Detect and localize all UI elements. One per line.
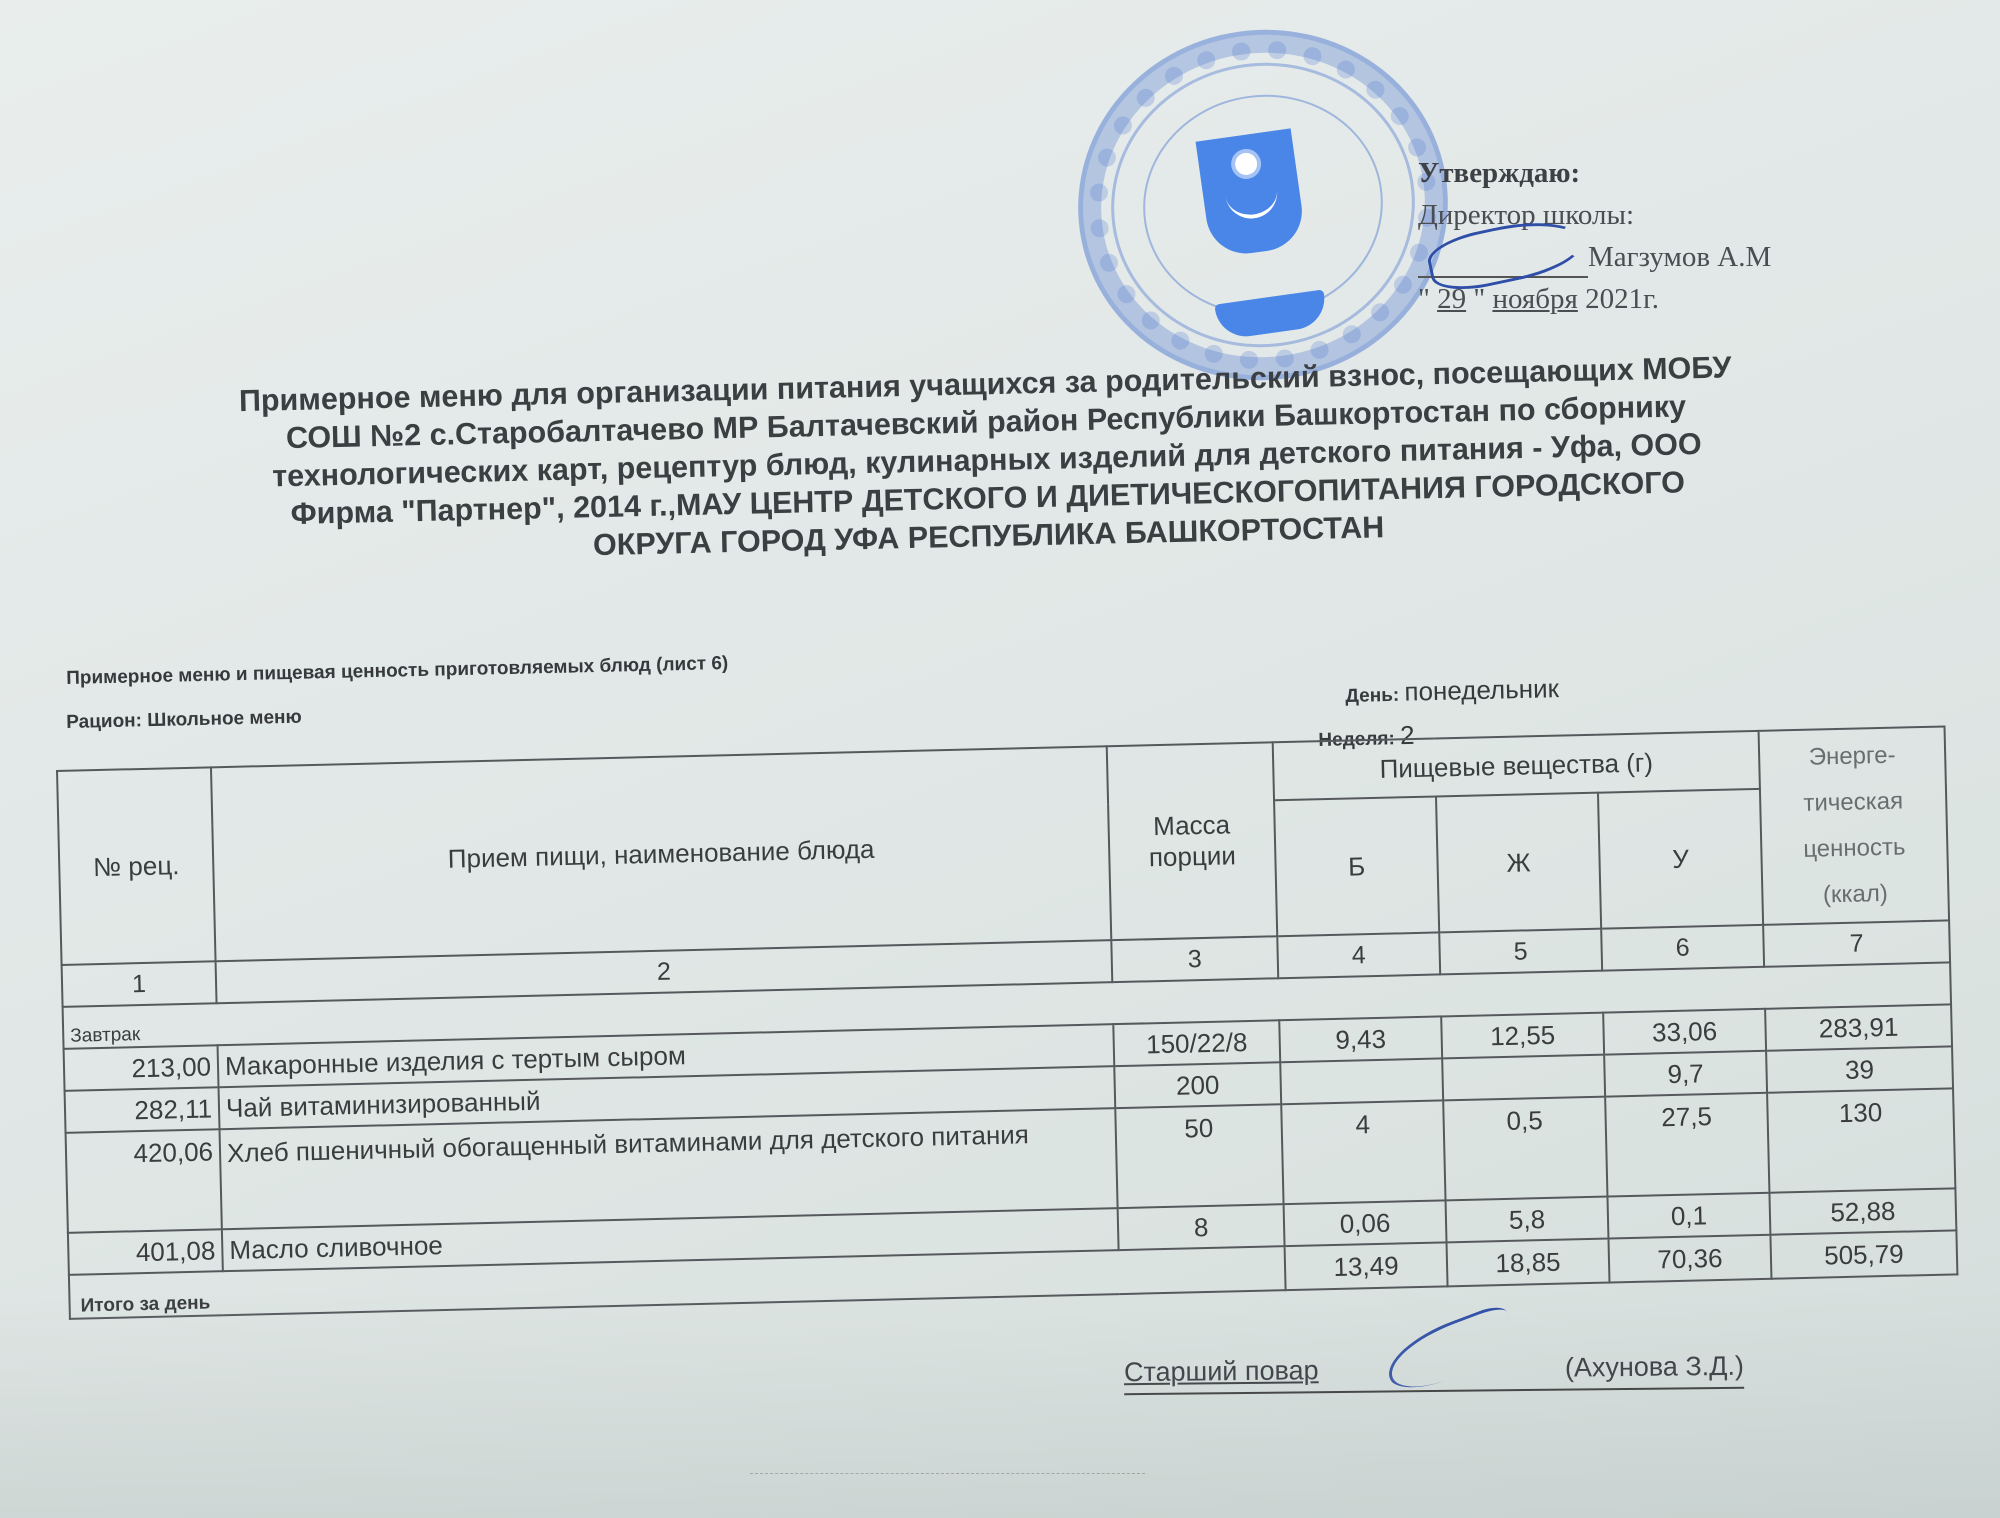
header-portion: Масса порции xyxy=(1107,742,1278,940)
bleed-through-line xyxy=(750,1473,1145,1474)
document-page: Утверждаю: Директор школы: Магзумов А.М … xyxy=(0,0,2000,1518)
signature-scribble-icon xyxy=(1379,1302,1522,1398)
approval-signature-line: Магзумов А.М xyxy=(1418,236,1771,278)
total-energy: 505,79 xyxy=(1770,1230,1957,1278)
approval-date-month: ноября xyxy=(1492,283,1577,315)
menu-table-wrapper: № рец. Прием пищи, наименование блюда Ма… xyxy=(56,725,1958,1319)
header-carbs: У xyxy=(1598,789,1763,929)
header-fat: Ж xyxy=(1436,793,1601,933)
header-energy: Энерге-тическая ценность (ккал) xyxy=(1759,726,1950,924)
total-protein: 13,49 xyxy=(1285,1242,1448,1290)
day-info: День: понедельник xyxy=(1345,673,1559,709)
approval-heading: Утверждаю: xyxy=(1418,152,1771,194)
total-fat: 18,85 xyxy=(1447,1239,1610,1287)
day-value: понедельник xyxy=(1404,673,1559,706)
approval-date-year: 2021г. xyxy=(1585,283,1659,315)
total-carbs: 70,36 xyxy=(1608,1235,1771,1283)
cook-name: (Ахунова З.Д.) xyxy=(1565,1351,1744,1384)
header-recipe-no: № рец. xyxy=(57,767,216,965)
sunrise-arc-icon xyxy=(1225,187,1280,222)
approval-block: Утверждаю: Директор школы: Магзумов А.М … xyxy=(1418,152,1771,320)
header-dish: Прием пищи, наименование блюда xyxy=(211,746,1111,961)
header-protein: Б xyxy=(1274,796,1439,936)
director-name: Магзумов А.М xyxy=(1588,241,1771,273)
ration-info: Рацион: Школьное меню xyxy=(66,707,302,734)
menu-table: № рец. Прием пищи, наименование блюда Ма… xyxy=(56,725,1958,1319)
approval-position: Директор школы: xyxy=(1418,194,1771,236)
cook-role: Старший повар xyxy=(1124,1355,1319,1387)
menu-subtitle: Примерное меню и пищевая ценность пригот… xyxy=(66,653,729,690)
cook-signature-line: Старший повар (Ахунова З.Д.) xyxy=(1124,1351,1744,1395)
director-signature xyxy=(1418,248,1588,278)
official-seal-icon xyxy=(1055,6,1470,404)
sun-icon xyxy=(1234,152,1259,177)
document-title: Примерное меню для организации питания у… xyxy=(70,344,1904,575)
ration-value: Школьное меню xyxy=(147,707,302,731)
